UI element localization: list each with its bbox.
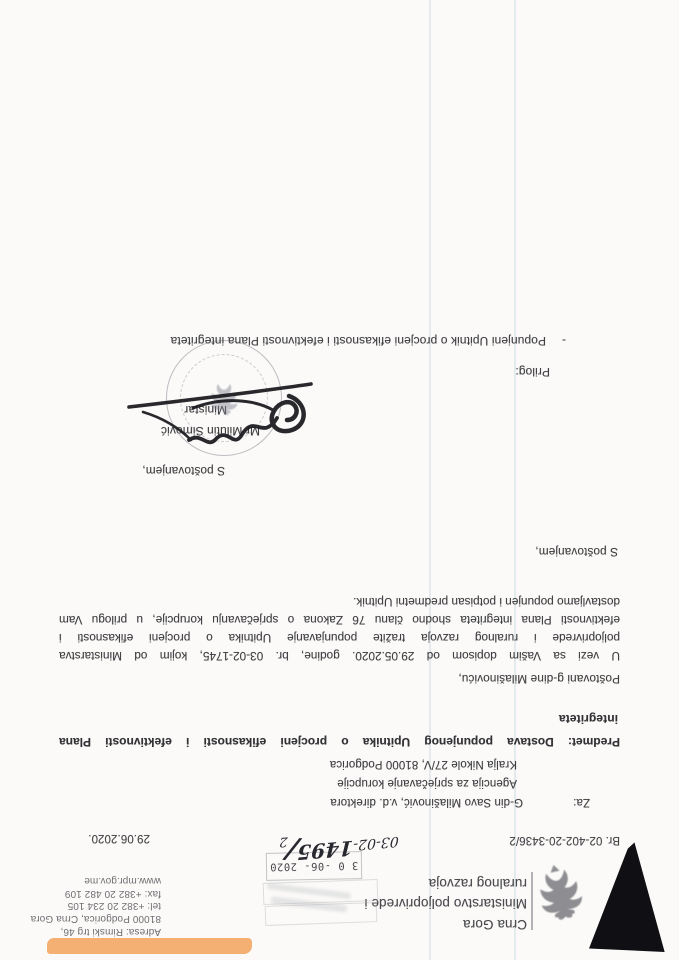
receive-stamp-rows <box>265 902 378 926</box>
body-line: poljoprivrede i ruralnog razvoja tražite… <box>59 629 620 647</box>
recipient-name: G-din Savo Milašinović, v.d. direktora <box>330 796 523 808</box>
letterhead-ministry-line1: Ministarstvo poljoprivrede i <box>364 896 527 911</box>
attachment-label: Prilog: <box>515 365 550 379</box>
body-paragraph: U vezi sa Vašim dopisom od 29.05.2020. g… <box>59 593 620 665</box>
address-line-web: www.mpr.gov.me <box>31 873 161 886</box>
fold-line-1 <box>514 0 516 960</box>
highlight-marker <box>47 938 252 954</box>
fold-line-2 <box>429 0 431 960</box>
handwritten-main: 1495 <box>297 836 354 865</box>
letterhead-ministry-line2: ruralnog razvoja <box>429 876 527 891</box>
address-line-street: Adresa: Rimski trg 46, <box>31 924 161 937</box>
body-line: efektivnosti Plana integriteta shodno čl… <box>59 611 620 629</box>
letterhead-country: Crna Gora <box>463 917 527 932</box>
letter-sheet-rotated-180: Crna Gora Ministarstvo poljoprivrede i r… <box>0 0 679 960</box>
handwritten-ref-number: 03-02-1495/2 <box>278 824 400 868</box>
body-line: U vezi sa Vašim dopisom od 29.05.2020. g… <box>59 647 620 665</box>
ref-number: Br. 02-402-20-3436/2 <box>509 834 620 846</box>
letter-date: 29.06.2020. <box>88 832 150 844</box>
closing-2: S poštovanjem, <box>142 464 225 478</box>
za-label: Za: <box>573 796 590 808</box>
recipient-address: Kralja Nikole 27/V, 81000 Podgorica <box>330 758 517 770</box>
closing-1: S poštovanjem, <box>535 545 618 559</box>
salutation: Poštovani g-dine Milašinoviću, <box>458 672 620 686</box>
attachment-bullet: - <box>562 334 566 348</box>
scanned-letter-page: Crna Gora Ministarstvo poljoprivrede i r… <box>0 0 679 960</box>
recipient-org: Agencija za sprječavanje korupcije <box>337 777 517 789</box>
address-line-tel: tel: +382 20 234 105 <box>31 899 161 912</box>
letterhead-divider <box>531 872 533 930</box>
receive-stamp-rows <box>263 879 379 905</box>
coat-of-arms-icon <box>531 860 589 927</box>
address-line-city: 81000 Podgorica, Crna Gora <box>31 911 161 924</box>
address-line-fax: fax: +382 20 482 109 <box>31 886 161 899</box>
signature <box>114 360 319 450</box>
body-line: dostavljamo popunjen i potpisan predmetn… <box>59 593 620 611</box>
attachment-item: Popunjeni Upitnik o procjeni efikasnosti… <box>170 334 546 348</box>
scan-corner-artifact <box>589 836 667 952</box>
subject-line2: integriteta <box>559 712 618 726</box>
letterhead-address-block: Adresa: Rimski trg 46, 81000 Podgorica, … <box>31 873 161 937</box>
handwritten-prefix: 03-02- <box>353 833 399 853</box>
subject-line1: Predmet: Dostava popunjenog Upitnika o p… <box>59 735 620 749</box>
